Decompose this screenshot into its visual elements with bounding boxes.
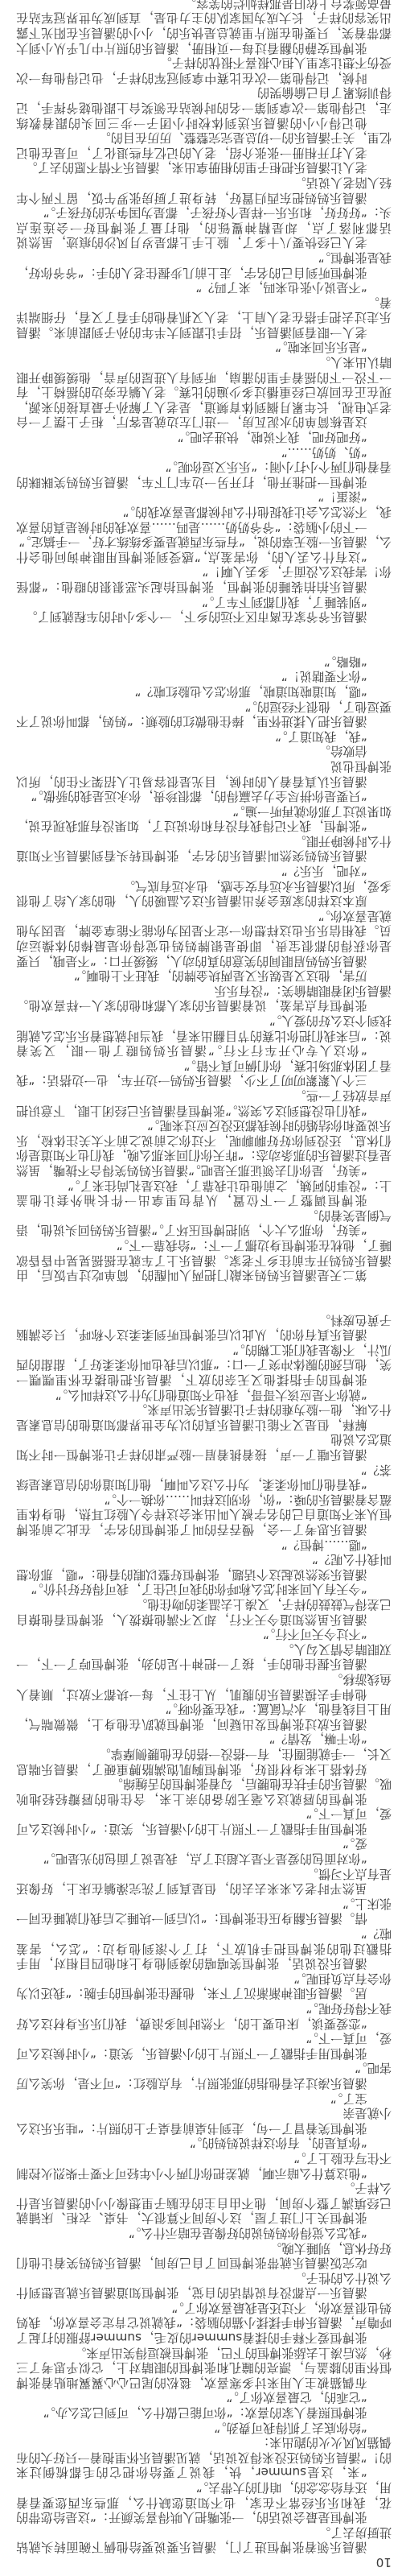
paragraph: 张博恒是最会说话的，一张嘴把人哄得喜笑颜开：“这是给您带的花，我和乐乐经常不在家…	[16, 2479, 392, 2524]
page-number: 10	[16, 2554, 392, 2570]
paragraph: 吃完饭潘晨乐就带张博恒回了自己房间，潘晨乐妈妈笑着让他们好好休息，别睡太晚。	[16, 2240, 392, 2270]
paragraph: 张博恒用手指戳了一下照片上的小潘晨乐，笑道：“小时候这么可爱，可真一下。”	[16, 2031, 392, 2061]
paragraph: 张博恒调整了一下位置，从背包里拿出一件长袖外套让他盖上：“没事的阿姨，之前他也让…	[16, 1178, 392, 1207]
paragraph: “张博恒，我不记得我有没有和你说过了，如果没有那我现在说，如果说过了那你就再听一…	[16, 803, 392, 833]
paragraph: 张博恒安静的翻看过每一页相册，潘晨乐的照片中几乎从小到大都带着笑，只要他在照片里…	[16, 0, 392, 56]
paragraph: “你干嘛，发情？”	[16, 1732, 392, 1747]
text-section: 张博恒用手指戳了一下照片上的小潘晨乐，笑道：“小时候这么可爱，可真一下。”“恋爱…	[16, 1806, 392, 2061]
paragraph: 张博恒的手指揉他又无奈的放下，潘晨乐把他搂在怀里嘿嘿一笑，他后颈的腺体冲突了一口…	[16, 1342, 392, 1387]
paragraph: “我怎么觉得你妈妈说的好像是在暗示什么。”	[16, 2225, 392, 2240]
paragraph: 好体搭上来身材很好，张博恒胸肌饱满胳膊重硬了，潘晨乐喘息又长，一手就能圈住，有一…	[16, 1746, 392, 1776]
text-section: 第二天是潘晨乐妈妈来敲门把两人叫醒的，简单吃过早饭后，由潘晨乐妈妈开车前往乡下老…	[16, 983, 392, 1282]
text-section: 信败给。“我，我知道了。”潘晨乐把人揉进怀里，捧住他微红的脸颊：“妈妈，都叫你说…	[16, 654, 392, 758]
paragraph: “就你不是应该大哥哥，我也不知道他们为什么这样叫么。”	[16, 1387, 392, 1402]
document-body: 10 潘晨乐领着张博恒进了门，潘晨乐要说要给他俩下碗面转头就钻进厨房去了。张博恒…	[16, 0, 392, 2570]
paragraph: 张博恒笑着冒了一句，走到书桌前看桌子上的照片：“哇乐乐这么小就是亲	[16, 2106, 392, 2136]
paragraph: 张博恒照着人家的喜欢：“你可能已做什么，可到已怎么办。”	[16, 2405, 392, 2420]
paragraph: 潘晨乐妈妈眉眼间的笑意的真的动人，缓缓开口：“不是哦，只要是你获得的都很宝贵，即…	[16, 908, 392, 968]
paragraph: “我，我知道了。”	[16, 729, 392, 744]
paragraph: 老人打开相册一张张介绍，老人的记忆有些退化了，可是在他记忆里，关于潘晨乐的一切总…	[16, 130, 392, 160]
paragraph: “来，这是summer，快，我说了要给你把它的毛都梳倒过来的！”潘晨乐妈妈还没来…	[16, 2435, 392, 2480]
paragraph: “今天有人回来时怎么称呼你的我可记住了，我可得好好讨价。”	[16, 1582, 392, 1597]
paragraph: 潘晨乐认真看着人的时候，目光是很容易让人招架不住的，所以张博恒也说	[16, 758, 392, 788]
paragraph: 他记得小小的潘晨乐送到体校时小团子一步三回头的跟着教练走，记得他第一次拿到第一名…	[16, 85, 392, 130]
paragraph: “略略。”	[16, 654, 392, 669]
paragraph: 潘晨乐虽然知道今天不行，却又不满他撩拨人，张博恒看他撩自己差得气鼓鼓的样子，又凑…	[16, 1596, 392, 1626]
paragraph: “他这算什么暗示啊，就差把你们两个小年轻可不要干柴烈火控制不住写在脸上了。”	[16, 2150, 392, 2180]
rotated-document-page: 10 潘晨乐领着张博恒进了门，潘晨乐要说要给他俩下碗面转头就钻进厨房去了。张博恒…	[0, 0, 402, 2576]
text-section: 时候，记得他第一次在比赛中拿到冠军的样子，也记得他每一次受伤不想让家里人担心报喜…	[16, 0, 392, 85]
paragraph: “我看他们叫你柔柔，为什么这么叫啊，他们知道你的信息素是绿茶？”	[16, 1462, 392, 1492]
paragraph: “美好，是你们去领证那天是吧。”潘晨乐妈妈笑得合不拢嘴，虽然是看过潘晨乐的那条动…	[16, 1118, 392, 1178]
paragraph: 老人已经快要八十多了，脸上手上都是岁月风沙的痕迹，虽然说话都利落了点，却是精神矍…	[16, 205, 392, 250]
paragraph: 潘晨乐嗤了一声，接着挑着眉一脸严肃的样子让张博恒一时不知道怎么说他	[16, 1432, 392, 1462]
paragraph: 潘晨乐拍拍装睡的张博恒，张博恒抬起头恶狠狠的瞪他：“都怪你！害我这么没面子，多丢…	[16, 564, 392, 594]
paragraph: 潘晨乐爷爷家在离市区不远的乡下，一个多小时的车程就到了。	[16, 609, 392, 625]
paragraph: 潘晨乐放过张博恒发出疑问，张博恒就趴在他身上，微微喘气，用上目线看他，水汽氤氲：…	[16, 1702, 392, 1732]
paragraph: 信败给。	[16, 744, 392, 759]
text-section: 张博恒的唇就这么毫无防备的亲上来，含住他的唇瓣轻轻地吮吸。潘晨乐的手扶在他腰后，…	[16, 1432, 392, 1806]
paragraph: “你真是的，有你这样说妈妈的。”	[16, 2136, 392, 2151]
paragraph: 第二天是潘晨乐妈妈来敲门把两人叫醒的，简单吃过早饭后，由潘晨乐妈妈开车前往乡下老…	[16, 1237, 392, 1282]
paragraph: 潘晨乐妈妈把东西归置好，转身进了厨房张罗午饭，留下两个年轻人陪老人说话。	[16, 175, 392, 204]
paragraph: 潘晨乐思考了一会，慢吞吞的叫了张博恒的名字，在此之前张博恒从来不知道自己的名字被…	[16, 1492, 392, 1537]
paragraph: 张博恒的唇就这么毫无防备的亲上来，含住他的唇瓣轻轻地吮吸。潘晨乐的手扶在他腰后，…	[16, 1777, 392, 1806]
paragraph: 张博恒关上门进了屋，这个房间不算很大，书桌、衣柜、床铺就已经填满了整个房间，他不…	[16, 2181, 392, 2226]
paragraph: “给你底去了抓得我可费劲。”	[16, 2420, 392, 2435]
paragraph: 布偶猫被主人用来讨多寒喜欢，毯松的尾巴心心翼翼地贴着张博恒怀里的膝盖与，漂亮的瞳…	[16, 2345, 392, 2390]
paragraph: 张博恒有点害羞，说着潘晨乐的家人都和他的家人一样喜欢他。潘晨乐闭着眼睛偷笑：“没…	[16, 983, 392, 1013]
paragraph: 老人一眼看到潘晨乐，招手让跟到大半年的孙子到跟前来。潘晨乐走过去把手搭在老人肩上…	[16, 295, 392, 340]
paragraph: “你这人专心开车行不行。”潘晨乐妈妈瞪了他一眼，又笑着说：“后来我们把你比赛的节…	[16, 1013, 392, 1058]
paragraph: “好吧好吧，我不说啦，快进去吧。”	[16, 429, 392, 444]
paragraph: 老人让潘晨乐把柜子里的相册拿出来，潘晨乐不情不愿的去了。	[16, 160, 392, 175]
paragraph: 原本这样的家庭会养出潘晨乐这么温暖的人，他的家人给了他很多爱，所以潘晨乐永远有安…	[16, 878, 392, 908]
paragraph: 解释，但是又不能让潘晨乐真的以为全世界都知道他的信息素是什么味，他一脸为难的样子…	[16, 1402, 392, 1432]
paragraph: 情。潘晨乐翻身压住张博恒：“以后到一块睡之后我们就睡在同一张床上。”	[16, 1896, 392, 1926]
paragraph: 潘晨乐妈妈突然叫潘晨乐的名字，张博恒转头看到潘晨乐不知道什么时候睁开眼。	[16, 833, 392, 863]
paragraph: 张博恒听到自己的名字，走上前几步握住老人的手：“爷爷你好，我是张博恒。”	[16, 250, 392, 279]
paragraph: 时候，记得他第一次在比赛中拿到冠军的样子，也记得他每一次受伤不想让家里人担心报喜…	[16, 56, 392, 85]
paragraph: “这有什么丢人的，你害羞点，”感受到张博恒用眼神询问他会什么，潘晨乐一脸无辜的说…	[16, 535, 392, 564]
paragraph: 爱。”	[16, 1836, 392, 1851]
text-section: 一下的小脑袋：“爷爷奶奶……是吗……喜欢我的时候是真的喜欢我，不然怎么会让我捉他…	[16, 295, 392, 535]
text-section: 厉害，他这又是娱乐又是两块金牌的，我赶不上他啊。”潘晨乐妈妈眉眼间的笑意的真的动…	[16, 758, 392, 983]
paragraph: “奶、奶奶……”	[16, 444, 392, 460]
paragraph: 宝了。”	[16, 2091, 392, 2106]
text-section: 潘晨乐领着张博恒进了门，潘晨乐要说要给他俩下碗面转头就钻进厨房去了。张博恒是最会…	[16, 2061, 392, 2555]
paragraph: 潘晨乐真有你的，从此以后张博恒听到柔柔这个称呼，只会满脑子黄色废料。	[16, 1312, 392, 1342]
paragraph: 居。潘晨乐眼神渐渐沉了下来，他握住张博恒的手腕：“我还以为你会有点负担呢。”	[16, 1971, 392, 2000]
paragraph: 潘晨乐握住他的手，接了一把神十足的劲，张博恒哼了一下，一双眼睛含情又勾人。	[16, 1641, 392, 1671]
paragraph: “对吧，乐乐？”	[16, 864, 392, 879]
paragraph: “是乐乐回来啦。”	[16, 340, 392, 355]
paragraph: “不是说小张也来吗，来了吗？”	[16, 280, 392, 295]
paragraph: “嗯……博恒？”	[16, 1537, 392, 1552]
paragraph: “只要是你拼尽全力去赢得的，都很珍贵，你永远是我的骄傲。”	[16, 789, 392, 804]
paragraph: 潘晨乐没说话，张博恒笑嘻嘻的凑到他身上和他四目相对，用手指戳过他的张博恒把手机放…	[16, 1926, 392, 1971]
paragraph: “别装睡了，我们都到下车了。”	[16, 594, 392, 609]
paragraph: “你对面包的爱是不是太超过了点，我是说了面包的光是吧。”	[16, 1851, 392, 1867]
paragraph: 潘晨乐把人揉进怀里，捧住他微红的脸颊：“妈妈，都叫你说了不要逗他了，他很不经逗的…	[16, 699, 392, 729]
paragraph: “嗯，知道啦知道啦，那你怎么也脸红啦？”	[16, 683, 392, 699]
text-section: “不是说小张也来吗，来了吗？”张博恒听到自己的名字，走上前几步握住老人的手：“爷…	[16, 85, 392, 295]
paragraph: “你不要瞎说！”	[16, 669, 392, 684]
paragraph: 厉害，他这又是娱乐又是两块金牌的，我赶不上他啊。”	[16, 968, 392, 984]
document-sections: 潘晨乐领着张博恒进了门，潘晨乐要说要给他俩下碗面转头就钻进厨房去了。张博恒是最会…	[16, 0, 392, 2554]
paragraph: 张博恒用手指戳了一下照片上的小潘晨乐，笑道：“小时候这么可爱，可真一下。”	[16, 1806, 392, 1836]
paragraph: 张博恒一把推开他，打开另一边车门下车，潘晨乐妈妈笑眯眯的看着他们两个小打小闹：“…	[16, 460, 392, 489]
paragraph: 这是栋简单的水泥瓦房，一进门左边就是客厅，柜子上摆了一台老式电视，长年累月搁到体…	[16, 355, 392, 430]
paragraph: 他伸手去摸潘晨乐的腹肌，从上往下，每一块都不放过，顺着人鱼线游移。	[16, 1671, 392, 1701]
section-break	[16, 1282, 392, 1312]
paragraph: 一下的小脑袋：“爷爷奶奶……是吗……喜欢我的时候是真的喜欢我，不然怎么会让我捉他…	[16, 504, 392, 534]
paragraph: 潘晨乐领着张博恒进了门，潘晨乐要说要给他俩下碗面转头就钻进厨房去了。	[16, 2524, 392, 2554]
paragraph: 潘晨乐突然说起这个话题，张博恒好整以暇的看他：“嗯，那你想叫我什么呢？”	[16, 1552, 392, 1582]
paragraph: 张博恒爱不释手的揉着summer的皮毛，summer舒服的打起了呼噜声，潘晨乐伸…	[16, 2300, 392, 2345]
paragraph: “不过今天可不行。”	[16, 1627, 392, 1642]
paragraph: 潘晨乐凑过去看他指的那张照片，有点脸红：“可不是，你笑么厉害吧。”	[16, 2061, 392, 2091]
paragraph: 三个人絮絮叨叨了不少，潘晨乐妈妈一边开车，也一边搭话：“我看了团体那场比赛，你们…	[16, 1058, 392, 1088]
paragraph: “恋爱要谈，床也要上的，不然时间多浪费，我们乐乐身材这么好我不得好好呢。”	[16, 2000, 392, 2030]
paragraph: “我们也没想到这么突然。”张博恒看潘晨乐已经闭上眼，下意识把声音放轻了一些。	[16, 1088, 392, 1117]
paragraph: 虽然平时老么来来去去的，但是真到了洗完澡躺在床上，好像还是有点不习惯。	[16, 1866, 392, 1896]
text-section: 潘晨乐爷爷家在离市区不远的乡下，一个多小时的车程就到了。“别装睡了，我们都到下车…	[16, 535, 392, 625]
paragraph: “美好，你那么大个，别把博恒压坏了。”潘晨乐妈妈回头说他，语气倒是笑着的。	[16, 1207, 392, 1237]
text-section: 解释，但是又不能让潘晨乐真的以为全世界都知道他的信息素是什么味，他一脸为难的样子…	[16, 1312, 392, 1432]
section-break	[16, 624, 392, 654]
paragraph: “滚蛋！”	[16, 489, 392, 505]
paragraph: 潘晨乐一点都没有说情话的自觉，张博恒知道潘晨乐就是想到什么说什么的性子。	[16, 2270, 392, 2300]
paragraph: “它乖的，它最喜欢你了。”	[16, 2390, 392, 2405]
